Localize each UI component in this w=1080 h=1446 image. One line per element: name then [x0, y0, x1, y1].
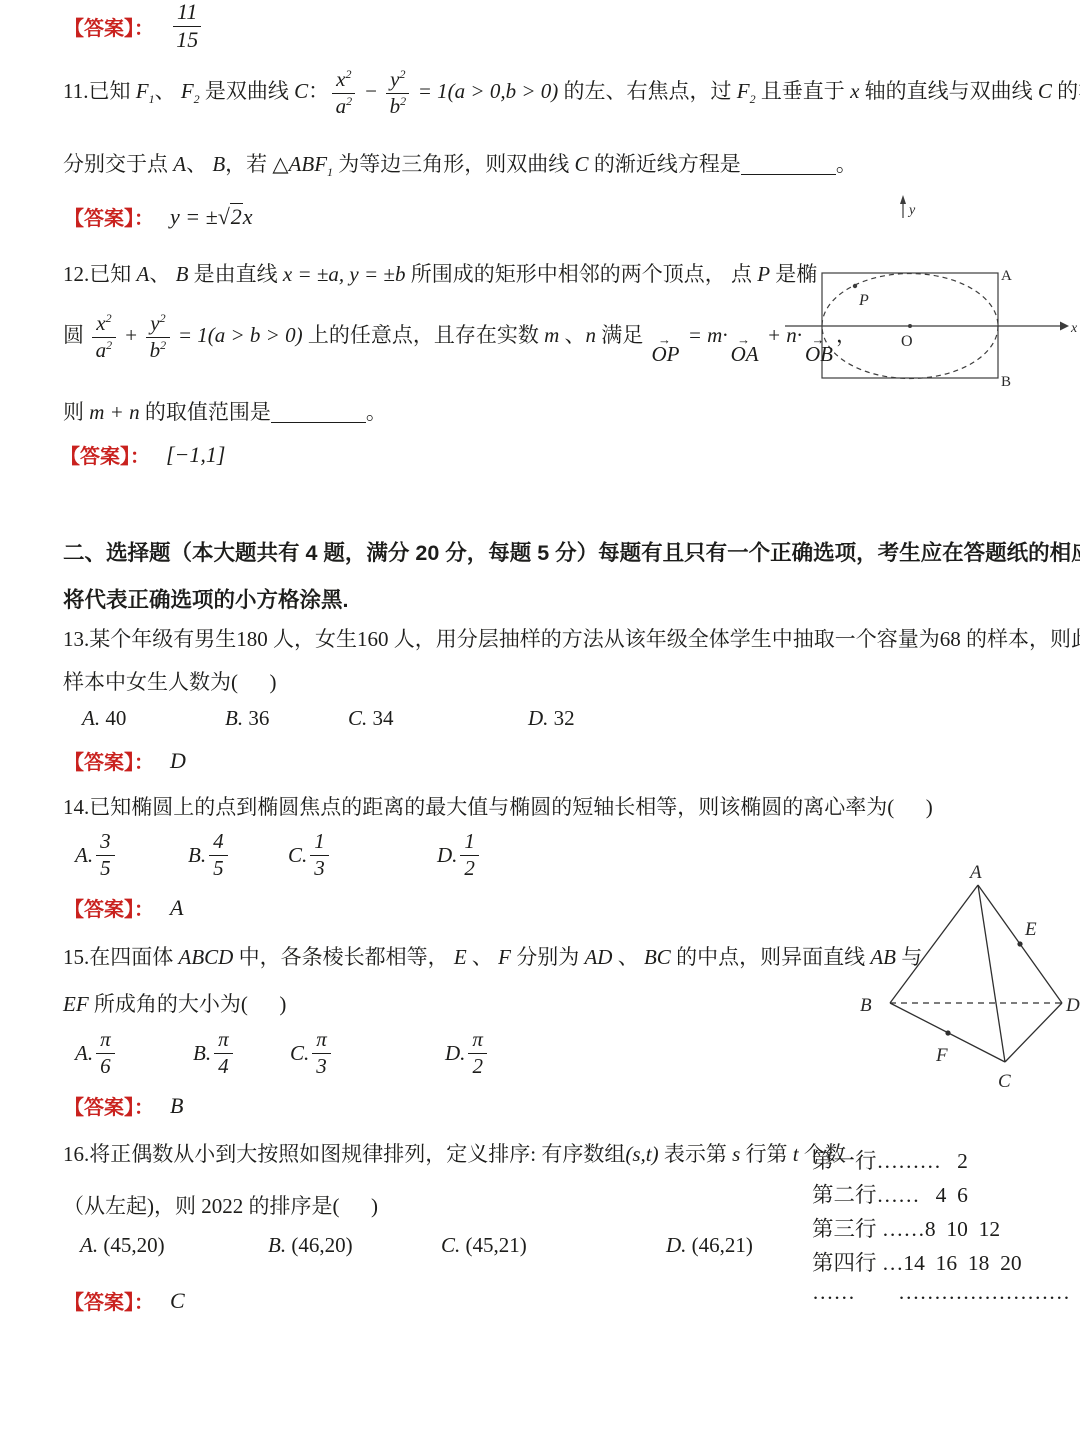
- edge-ac: [978, 885, 1005, 1062]
- fraction-numerator: π: [468, 1028, 487, 1054]
- fraction-denominator: 3: [314, 856, 325, 881]
- answer-block-q14: 【答案】： A: [64, 893, 183, 922]
- math-text: = m·: [683, 323, 728, 347]
- math-text: D.: [528, 706, 548, 731]
- text: 第三行 ……8 10 12: [812, 1217, 1000, 1241]
- fraction: y2b2: [386, 68, 409, 118]
- question-12-line-1: 12.已知 A、 B 是由直线 x = ±a, y = ±b 所围成的矩形中相邻…: [63, 258, 817, 288]
- triangle-row-4: 第四行 …14 16 18 20: [812, 1246, 1070, 1280]
- text: 32: [548, 706, 574, 731]
- fraction-numerator: x2: [92, 312, 115, 338]
- label-a: A: [1001, 268, 1012, 284]
- label-o: O: [901, 333, 913, 350]
- fraction-numerator: 1: [460, 830, 479, 856]
- text: (45,21): [460, 1233, 527, 1258]
- text: 16.将正偶数从小到大按照如图规律排列，定义排序: 有序数组: [63, 1142, 625, 1166]
- question-12-line-3: 则 m + n 的取值范围是。: [63, 396, 387, 426]
- text: 的渐近线方程是: [589, 152, 741, 176]
- text: 圆: [63, 323, 89, 347]
- midpoint-f: [945, 1030, 950, 1035]
- answer-label: 【答案】：: [64, 746, 154, 775]
- label-f: F: [935, 1045, 948, 1066]
- fraction: 45: [209, 830, 228, 880]
- vector: →OP: [652, 335, 680, 365]
- label-b: B: [1001, 374, 1011, 390]
- math-text: y = ±: [170, 204, 218, 229]
- vector-name: OA: [731, 345, 759, 365]
- section-2-header-line-2: 将代表正确选项的小方格涂黑.: [63, 583, 348, 614]
- answer-blank: [271, 400, 366, 423]
- math-text: (s,t): [625, 1142, 658, 1166]
- text: (46,20): [286, 1233, 353, 1258]
- answer-block-q12: 【答案】： [−1,1]: [60, 440, 225, 469]
- superscript: 2: [160, 338, 166, 352]
- fraction: 35: [96, 830, 115, 880]
- answer-label: 【答案】：: [64, 202, 154, 231]
- text: 、: [149, 262, 175, 286]
- section-2-header-line-1: 二、选择题（本大题共有 4 题，满分 20 分，每题 5 分）每题有且只有一个正…: [63, 536, 1080, 567]
- math-text: ABF: [289, 152, 327, 176]
- fraction-numerator: y2: [146, 312, 169, 338]
- fraction-numerator: π: [214, 1028, 233, 1054]
- math-text: B.: [193, 1041, 211, 1066]
- math-text: +: [119, 323, 144, 347]
- text: 、: [155, 79, 181, 103]
- fraction: 13: [310, 830, 329, 880]
- fraction-denominator: 15: [176, 27, 198, 53]
- question-15-line-1: 15.在四面体 ABCD 中，各条棱长都相等， E 、 F 分别为 AD 、 B…: [63, 941, 922, 971]
- fraction-denominator: 5: [213, 856, 224, 881]
- math-text: A: [173, 152, 186, 176]
- math-text: AD: [584, 945, 612, 969]
- label-a: A: [968, 862, 982, 883]
- math-text: −: [358, 79, 383, 103]
- math-text: B: [170, 1093, 183, 1118]
- math-text: ABCD: [179, 945, 234, 969]
- tetrahedron-figure: A B D C E F: [852, 848, 1080, 1098]
- label-d: D: [1065, 995, 1080, 1016]
- radicand-overline: 2: [230, 203, 243, 229]
- text: 上的任意点，且存在实数: [303, 323, 545, 347]
- answer-block-q13: 【答案】： D: [64, 746, 186, 775]
- math-text: = 1(a > b > 0): [173, 323, 303, 347]
- text: 是椭: [770, 262, 817, 286]
- text: 、: [559, 323, 585, 347]
- math-text: = 1(a > 0,b > 0): [412, 79, 558, 103]
- fraction: 12: [460, 830, 479, 880]
- text: 样本中女生人数为( ): [63, 670, 277, 694]
- fraction: 1115: [173, 0, 201, 52]
- math-text: n: [586, 323, 597, 347]
- superscript: 2: [345, 67, 351, 81]
- text: 与: [896, 945, 922, 969]
- fraction-denominator: b2: [390, 94, 407, 119]
- fraction-denominator: b2: [150, 338, 167, 363]
- math-text: F: [498, 945, 511, 969]
- question-14-option-d: D.12: [437, 830, 482, 880]
- y-axis-arrow-icon: [900, 195, 906, 204]
- number-triangle-figure: 第一行……… 2 第二行…… 4 6 第三行 ……8 10 12 第四行 …14…: [812, 1144, 1070, 1314]
- midpoint-e: [1017, 941, 1022, 946]
- math-text: B: [176, 262, 189, 286]
- text: 的取值范围是: [140, 400, 271, 424]
- superscript: 2: [106, 311, 112, 325]
- math-text: BC: [644, 945, 671, 969]
- math-text: A.: [80, 1233, 98, 1258]
- edge-cd: [1005, 1003, 1062, 1062]
- superscript: 2: [160, 311, 166, 325]
- question-15-option-a: A.π6: [75, 1028, 118, 1078]
- text: 的中点，则异面直线: [671, 945, 871, 969]
- text: 40: [100, 706, 126, 731]
- fraction: x2a2: [92, 312, 115, 362]
- math-text: F: [737, 79, 750, 103]
- math-text: EF: [63, 992, 89, 1016]
- superscript: 2: [106, 338, 112, 352]
- question-14-option-b: B.45: [188, 830, 231, 880]
- vector-name: OB: [805, 345, 833, 365]
- answer-value-q13: D: [170, 748, 186, 774]
- fraction: π2: [468, 1028, 487, 1078]
- label-p: P: [858, 292, 869, 309]
- math-text: A: [137, 262, 150, 286]
- math-text: F: [181, 79, 194, 103]
- text: 是双曲线: [200, 79, 295, 103]
- text: 第一行……… 2: [812, 1149, 968, 1173]
- text: 36: [243, 706, 269, 731]
- fraction-denominator: 6: [100, 1054, 111, 1079]
- text: (45,20): [98, 1233, 165, 1258]
- text: …… ……………………: [812, 1280, 1070, 1304]
- text: 是由直线: [188, 262, 283, 286]
- fraction-numerator: 1: [310, 830, 329, 856]
- point-p: [853, 284, 857, 288]
- math-text: B.: [188, 843, 206, 868]
- question-16-option-a: A. (45,20): [80, 1233, 165, 1258]
- vector: →OB: [805, 335, 833, 365]
- exam-page: 【答案】： 1115 11.已知 F1、 F2 是双曲线 C：x2a2 − y2…: [0, 0, 1080, 1446]
- text: 14.已知椭圆上的点到椭圆焦点的距离的最大值与椭圆的短轴长相等，则该椭圆的离心率…: [63, 795, 933, 819]
- text: 13.某个年级有男生180 人，女生160 人，用分层抽样的方法从该年级全体学生…: [63, 627, 1080, 651]
- text: 15.在四面体: [63, 945, 179, 969]
- math-text: C: [170, 1288, 185, 1313]
- math-text: A: [170, 895, 183, 920]
- math-text: C.: [290, 1041, 309, 1066]
- tetrahedron-edges: [890, 885, 1062, 1062]
- answer-value-q10: 1115: [170, 0, 204, 52]
- text: 。: [836, 152, 857, 176]
- question-14-option-c: C.13: [288, 830, 332, 880]
- text: 34: [367, 706, 393, 731]
- text: 分别交于点: [63, 152, 173, 176]
- fraction: π3: [312, 1028, 331, 1078]
- triangle-row-2: 第二行…… 4 6: [812, 1178, 1070, 1212]
- answer-label: 【答案】：: [60, 440, 150, 469]
- answer-value-q14: A: [170, 895, 183, 921]
- text: 所成角的大小为( ): [89, 992, 287, 1016]
- answer-label: 【答案】：: [64, 893, 154, 922]
- triangle-row-ellipsis: …… ……………………: [812, 1280, 1070, 1314]
- text: 为等边三角形，则双曲线: [333, 152, 575, 176]
- question-11-line-2: 分别交于点 A、 B，若 △ABF1 为等边三角形，则双曲线 C 的渐近线方程是…: [63, 148, 857, 180]
- question-14-line-1: 14.已知椭圆上的点到椭圆焦点的距离的最大值与椭圆的短轴长相等，则该椭圆的离心率…: [63, 791, 933, 821]
- math-text: C: [294, 79, 308, 103]
- question-13-option-c: C. 34: [348, 706, 394, 731]
- math-text: A.: [75, 1041, 93, 1066]
- text: 所围成的矩形中相邻的两个顶点， 点: [405, 262, 757, 286]
- text: 。: [366, 400, 387, 424]
- fraction-numerator: 4: [209, 830, 228, 856]
- question-13-option-a: A. 40: [82, 706, 126, 731]
- fraction-numerator: π: [312, 1028, 331, 1054]
- math-text: x: [850, 79, 859, 103]
- vector-name: OP: [652, 345, 680, 365]
- question-15-option-b: B.π4: [193, 1028, 236, 1078]
- text: 满足: [596, 323, 649, 347]
- fraction-numerator: π: [96, 1028, 115, 1054]
- text: （从左起)，则 2022 的排序是( ): [63, 1194, 378, 1218]
- math-text: C: [575, 152, 589, 176]
- math-text: C: [1038, 79, 1052, 103]
- text: 则: [63, 400, 89, 424]
- vector: →OA: [731, 335, 759, 365]
- math-text: AB: [870, 945, 896, 969]
- question-16-option-d: D. (46,21): [666, 1233, 753, 1258]
- fraction-numerator: 3: [96, 830, 115, 856]
- question-15-option-d: D.π2: [445, 1028, 490, 1078]
- math-text: m + n: [89, 400, 139, 424]
- text: 12.已知: [63, 262, 137, 286]
- answer-value-q15: B: [170, 1093, 183, 1119]
- triangle-row-3: 第三行 ……8 10 12: [812, 1212, 1070, 1246]
- label-b: B: [860, 995, 872, 1016]
- fraction-denominator: 4: [218, 1054, 229, 1079]
- question-11-line-1: 11.已知 F1、 F2 是双曲线 C：x2a2 − y2b2 = 1(a > …: [63, 68, 1080, 118]
- question-13-line-2: 样本中女生人数为( ): [63, 666, 277, 696]
- answer-label: 【答案】：: [64, 1091, 154, 1120]
- text: (46,21): [686, 1233, 753, 1258]
- text: 、: [186, 152, 212, 176]
- question-13-line-1: 13.某个年级有男生180 人，女生160 人，用分层抽样的方法从该年级全体学生…: [63, 623, 1080, 653]
- answer-block-q15: 【答案】： B: [64, 1091, 183, 1120]
- text: 将代表正确选项的小方格涂黑.: [63, 588, 348, 612]
- fraction-denominator: 2: [464, 856, 475, 881]
- answer-block-q10: 【答案】： 1115: [64, 0, 204, 52]
- answer-block-q16: 【答案】： C: [64, 1286, 185, 1315]
- superscript: 2: [400, 94, 406, 108]
- question-16-option-c: C. (45,21): [441, 1233, 527, 1258]
- fraction-numerator: y2: [386, 68, 409, 94]
- question-15-line-2: EF 所成角的大小为( ): [63, 988, 286, 1018]
- fraction-denominator: 2: [472, 1054, 483, 1079]
- math-text: D: [170, 748, 186, 773]
- triangle-row-1: 第一行……… 2: [812, 1144, 1070, 1178]
- text: 行第: [740, 1142, 793, 1166]
- label-y: y: [907, 203, 916, 218]
- fraction: y2b2: [146, 312, 169, 362]
- text: 11.已知: [63, 79, 136, 103]
- math-text: B: [212, 152, 225, 176]
- answer-value-q12: [−1,1]: [166, 442, 225, 468]
- fraction-denominator: 3: [316, 1054, 327, 1079]
- text: 分别为: [511, 945, 585, 969]
- text: 二、选择题（本大题共有 4 题，满分 20 分，每题 5 分）每题有且只有一个正…: [63, 541, 1080, 565]
- math-text: D.: [437, 843, 457, 868]
- text: 第二行…… 4 6: [812, 1183, 968, 1207]
- math-text: A.: [82, 706, 100, 731]
- answer-label: 【答案】：: [64, 1286, 154, 1315]
- math-text: D.: [445, 1041, 465, 1066]
- math-text: C.: [288, 843, 307, 868]
- text: 表示第: [659, 1142, 733, 1166]
- math-text: C.: [441, 1233, 460, 1258]
- text: ，: [836, 323, 857, 347]
- text: 轴的直线与双曲线: [859, 79, 1038, 103]
- text: ：: [308, 79, 329, 103]
- math-text: B.: [268, 1233, 286, 1258]
- fraction-numerator: x2: [332, 68, 355, 94]
- superscript: 2: [346, 94, 352, 108]
- math-text: F: [136, 79, 149, 103]
- math-text: E: [454, 945, 467, 969]
- math-text: [−1,1]: [166, 442, 225, 467]
- answer-block-q11: 【答案】： y = ±√2x: [64, 202, 253, 231]
- math-text: + n·: [762, 323, 802, 347]
- x-axis-arrow-icon: [1060, 322, 1069, 331]
- question-16-line-1: 16.将正偶数从小到大按照如图规律排列，定义排序: 有序数组(s,t) 表示第 …: [63, 1138, 846, 1168]
- math-text: m: [544, 323, 559, 347]
- superscript: 2: [399, 67, 405, 81]
- fraction: π6: [96, 1028, 115, 1078]
- label-c: C: [998, 1071, 1011, 1092]
- math-text: B.: [225, 706, 243, 731]
- math-text: A.: [75, 843, 93, 868]
- math-text: √: [218, 204, 230, 229]
- text: 的右支: [1052, 79, 1080, 103]
- text: 中，各条棱长都相等，: [233, 945, 454, 969]
- text: 、: [467, 945, 499, 969]
- fraction-numerator: 11: [173, 0, 201, 27]
- question-16-line-2: （从左起)，则 2022 的排序是( ): [63, 1190, 378, 1220]
- math-text: x = ±a, y = ±b: [283, 262, 406, 286]
- fraction: x2a2: [332, 68, 355, 118]
- center-point: [908, 324, 912, 328]
- fraction-denominator: a2: [336, 94, 353, 119]
- answer-value-q11: y = ±√2x: [170, 204, 253, 230]
- answer-label: 【答案】：: [64, 12, 154, 41]
- text: 且垂直于: [756, 79, 851, 103]
- text: 、: [612, 945, 644, 969]
- text: ，若 △: [225, 152, 288, 176]
- text: 的左、右焦点，过: [558, 79, 737, 103]
- question-12-line-2: 圆 x2a2 + y2b2 = 1(a > b > 0) 上的任意点，且存在实数…: [63, 312, 857, 365]
- fraction: π4: [214, 1028, 233, 1078]
- question-13-option-b: B. 36: [225, 706, 269, 731]
- answer-value-q16: C: [170, 1288, 185, 1314]
- math-text: x: [243, 204, 253, 229]
- math-text: D.: [666, 1233, 686, 1258]
- math-text: P: [757, 262, 770, 286]
- question-14-option-a: A.35: [75, 830, 118, 880]
- question-16-option-b: B. (46,20): [268, 1233, 353, 1258]
- math-text: C.: [348, 706, 367, 731]
- answer-blank: [741, 152, 836, 175]
- label-x: x: [1070, 321, 1078, 336]
- question-15-option-c: C.π3: [290, 1028, 334, 1078]
- question-13-option-d: D. 32: [528, 706, 575, 731]
- text: 第四行 …14 16 18 20: [812, 1251, 1022, 1275]
- fraction-denominator: a2: [96, 338, 113, 363]
- fraction-denominator: 5: [100, 856, 111, 881]
- label-e: E: [1024, 919, 1037, 940]
